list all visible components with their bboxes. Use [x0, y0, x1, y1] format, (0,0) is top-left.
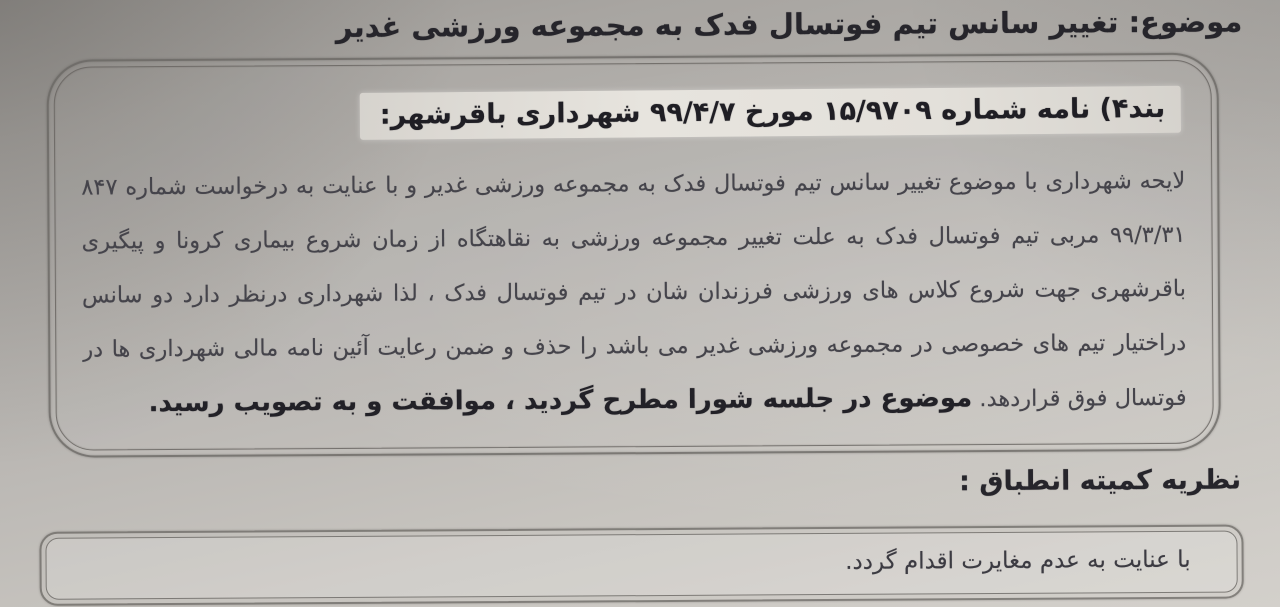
scanned-page: موضوع: تغییر سانس تیم فوتسال فدک به مجمو…	[0, 0, 1280, 607]
clause-body-line-2: ۹۹/۳/۳۱ مربی تیم فوتسال فدک به علت تغییر…	[81, 208, 1185, 269]
compliance-note-box-inner-border: با عنایت به عدم مغایرت اقدام گردد.	[45, 531, 1237, 600]
subject-title: موضوع: تغییر سانس تیم فوتسال فدک به مجمو…	[478, 4, 1242, 43]
clause-body: لایحه شهرداری با موضوع تغییر سانس تیم فو…	[81, 154, 1187, 431]
compliance-note-box: با عنایت به عدم مغایرت اقدام گردد.	[39, 524, 1243, 605]
clause-body-line-4: دراختیار تیم های خصوصی در مجموعه ورزشی غ…	[82, 316, 1186, 377]
clause-body-line-5: فوتسال فوق قراردهد. موضوع در جلسه شورا م…	[82, 370, 1186, 431]
clause-box: بند۴) نامه شماره ۱۵/۹۷۰۹ مورخ ۹۹/۴/۷ شهر…	[46, 53, 1220, 458]
clause-body-line-1: لایحه شهرداری با موضوع تغییر سانس تیم فو…	[81, 154, 1185, 215]
clause-header-letter-reference: بند۴) نامه شماره ۱۵/۹۷۰۹ مورخ ۹۹/۴/۷ شهر…	[359, 86, 1181, 140]
clause-box-inner-border: بند۴) نامه شماره ۱۵/۹۷۰۹ مورخ ۹۹/۴/۷ شهر…	[54, 60, 1214, 451]
clause-closing-text: فوتسال فوق قراردهد.	[979, 385, 1186, 412]
clause-body-line-3: باقرشهری جهت شروع کلاس های ورزشی فرزندان…	[82, 262, 1186, 323]
compliance-note-text: با عنایت به عدم مغایرت اقدام گردد.	[845, 547, 1191, 575]
compliance-committee-label: نظریه کمیته انطباق :	[959, 464, 1241, 497]
